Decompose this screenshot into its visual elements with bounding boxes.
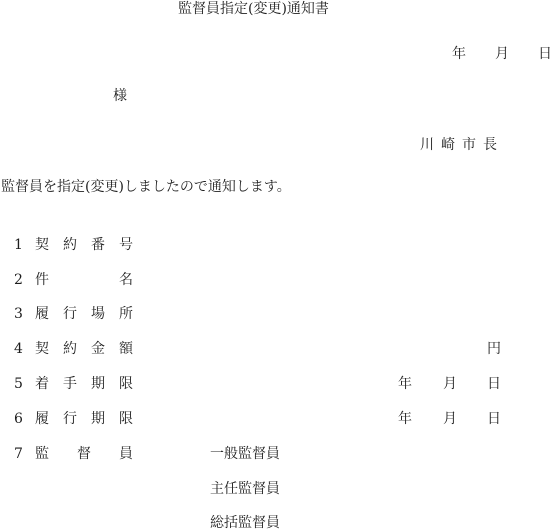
item-row-subject-name: 2 件名	[0, 272, 550, 289]
item-row-performance-deadline: 6 履行期限 年 月 日	[0, 411, 550, 428]
issue-date-day-label: 日	[538, 46, 550, 62]
item-label: 契約番号	[35, 237, 133, 253]
amount-unit-label: 円	[487, 341, 501, 357]
item-label: 監督員	[35, 446, 133, 462]
notice-document: 監督員指定(変更)通知書 年 月 日 様 川崎市長 監督員を指定(変更)しました…	[0, 0, 550, 532]
item-number: 6	[14, 411, 23, 427]
supervisor-type-chief: 主任監督員	[210, 481, 280, 497]
item-number: 1	[14, 237, 23, 253]
item-row-contract-number: 1 契約番号	[0, 237, 550, 254]
item-label: 履行場所	[35, 306, 133, 322]
item-label: 着手期限	[35, 376, 133, 392]
document-title: 監督員指定(変更)通知書	[178, 1, 329, 17]
start-deadline-day-label: 日	[487, 376, 501, 392]
body-text: 監督員を指定(変更)しましたので通知します。	[1, 179, 291, 195]
item-row-start-deadline: 5 着手期限 年 月 日	[0, 376, 550, 393]
addressee-honorific: 様	[113, 88, 127, 104]
performance-deadline-year-label: 年	[398, 411, 412, 427]
item-number: 7	[14, 446, 23, 462]
item-number: 3	[14, 306, 23, 322]
supervisor-type-general: 一般監督員	[210, 446, 280, 462]
performance-deadline-day-label: 日	[487, 411, 501, 427]
item-label: 契約金額	[35, 341, 133, 357]
issue-date-year-label: 年	[452, 46, 466, 62]
issue-date-month-label: 月	[495, 46, 509, 62]
sender-name: 川崎市長	[420, 137, 497, 153]
start-deadline-year-label: 年	[398, 376, 412, 392]
start-deadline-month-label: 月	[443, 376, 457, 392]
item-number: 4	[14, 341, 23, 357]
item-row-supervisors: 7 監督員 一般監督員	[0, 446, 550, 463]
item-row-contract-amount: 4 契約金額 円	[0, 341, 550, 358]
item-number: 5	[14, 376, 23, 392]
performance-deadline-month-label: 月	[443, 411, 457, 427]
item-number: 2	[14, 272, 23, 288]
supervisor-type-managing: 総括監督員	[210, 515, 280, 531]
item-label: 件名	[35, 272, 133, 288]
item-label: 履行期限	[35, 411, 133, 427]
item-row-performance-place: 3 履行場所	[0, 306, 550, 323]
